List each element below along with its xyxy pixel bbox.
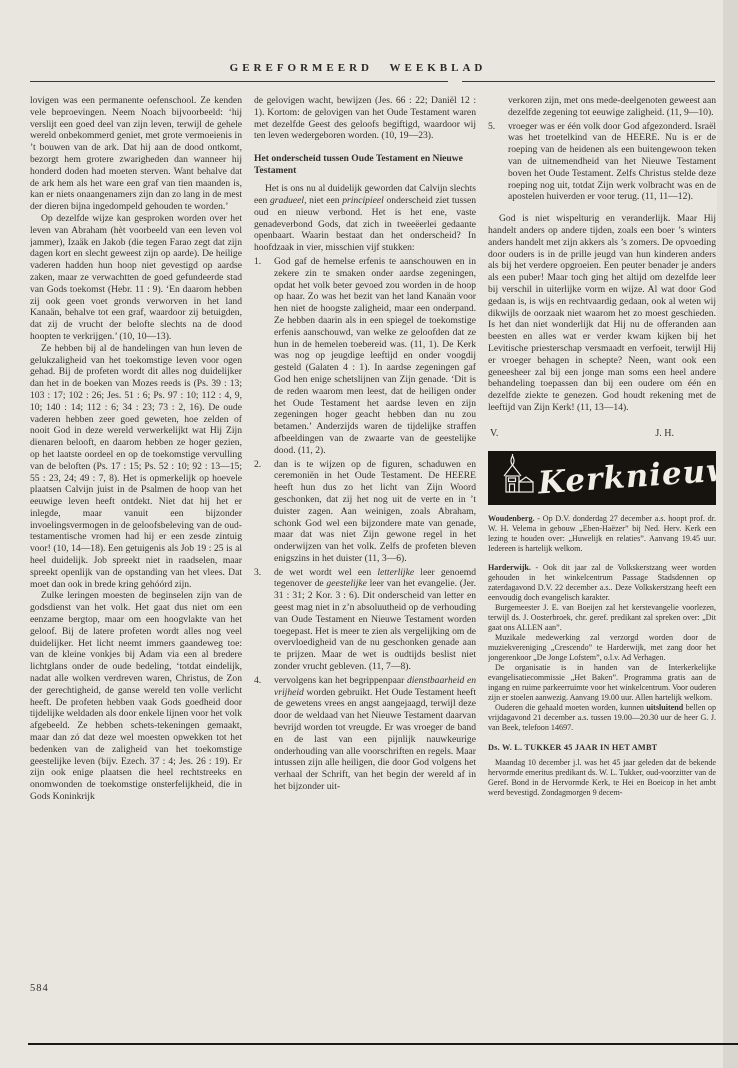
page-number: 584 [30,983,49,994]
item-text: vroeger was er één volk door God afgezon… [508,121,716,204]
numbered-item: 4. vervolgens kan het begrippenpaar dien… [254,675,476,793]
paragraph: lovigen was een permanente oefenschool. … [30,95,242,213]
kerknieuws-logo-text: Kerknieuws [537,450,716,501]
item-text-part: worden gebruikt. Het Oude Testament heef… [274,687,476,792]
church-news-section: Woudenberg. - Op D.V. donderdag 27 decem… [488,514,716,798]
item-text-part: vervolgens kan het begrippenpaar [274,675,407,686]
news-text: Ouderen die gehaald moeten worden, kunne… [495,703,646,712]
masthead-title: GEREFORMEERD WEEKBLAD [230,62,487,74]
bottom-rule [28,1043,738,1045]
news-paragraph: Burgemeester J. E. van Boeijen zal het k… [488,603,716,633]
emphasized-text: principieel [342,195,384,206]
item-text-part: leer van het evangelie. (Jer. 31 : 31; 2… [274,578,476,672]
item-number: 3. [254,567,274,673]
emphasized-text: letterlijke [377,567,414,578]
news-item-woudenberg: Woudenberg. - Op D.V. donderdag 27 decem… [488,514,716,554]
news-paragraph: Harderwijk. - Ook dit jaar zal de Volksk… [488,563,716,603]
section-heading: Het onderscheid tussen Oude Testament en… [254,153,476,177]
column-3: verkoren zijn, met ons mede-deelgenoten … [488,95,716,1015]
numbered-item: 2. dan is te wijzen op de figuren, schad… [254,459,476,565]
numbered-item: 1. God gaf de hemelse erfenis te aanscho… [254,256,476,457]
kerknieuws-banner: Kerknieuws [488,451,716,505]
item-text: dan is te wijzen op de figuren, schaduwe… [274,459,476,565]
item-text-part: de wet wordt wel een [274,567,377,578]
paragraph: de gelovigen wacht, bewijzen (Jes. 66 : … [254,95,476,142]
news-paragraph: De organisatie is in handen van de Inter… [488,663,716,703]
item-number: 5. [488,121,508,204]
item-text: de wet wordt wel een letterlijke leer ge… [274,567,476,673]
numbered-item: 5. vroeger was er één volk door God afge… [488,121,716,204]
item-continuation: verkoren zijn, met ons mede-deelgenoten … [508,95,716,119]
item-number: 1. [254,256,274,457]
emphasized-text: gradueel [270,195,304,206]
news-heading-tukker: Ds. W. L. TUKKER 45 JAAR IN HET AMBT [488,743,716,753]
masthead: GEREFORMEERD WEEKBLAD [0,58,716,76]
news-paragraph: Woudenberg. - Op D.V. donderdag 27 decem… [488,514,716,554]
text-columns: lovigen was een permanente oefenschool. … [30,95,716,1015]
news-paragraph: Muzikale medewerking zal verzorgd worden… [488,633,716,663]
news-item-harderwijk: Harderwijk. - Ook dit jaar zal de Volksk… [488,563,716,733]
item-text: God gaf de hemelse erfenis te aanschouwe… [274,256,476,457]
paragraph-text: , niet een [304,195,342,206]
column-1: lovigen was een permanente oefenschool. … [30,95,242,1015]
emphasized-text: geestelijke [326,578,366,589]
paragraph: Zulke leringen moesten de beginselen zij… [30,590,242,802]
paragraph: Het is ons nu al duidelijk geworden dat … [254,183,476,254]
signature-initial-left: V. [490,428,498,439]
item-text: vervolgens kan het begrippenpaar dienstb… [274,675,476,793]
item-number: 4. [254,675,274,793]
church-icon [494,454,538,502]
masthead-rule [30,81,715,82]
numbered-item: 3. de wet wordt wel een letterlijke leer… [254,567,476,673]
news-lead: Woudenberg. [488,514,535,523]
item-number: 2. [254,459,274,565]
scan-edge-shadow [723,0,738,1068]
news-paragraph: Ouderen die gehaald moeten worden, kunne… [488,703,716,733]
signature-initial-right: J. H. [655,428,674,439]
scanned-newspaper-page: GEREFORMEERD WEEKBLAD lovigen was een pe… [0,0,738,1068]
news-lead: Harderwijk. [488,563,531,572]
news-bold-text: uitsluitend [646,703,683,712]
paragraph: Op dezelfde wijze kan gesproken worden o… [30,213,242,343]
paragraph: Ze hebben bij al de handelingen van hun … [30,343,242,591]
scan-smudge [717,120,723,380]
column-2: de gelovigen wacht, bewijzen (Jes. 66 : … [254,95,476,1015]
signature-row: V. J. H. [488,414,716,439]
paragraph: God is niet wispelturig en veranderlijk.… [488,213,716,414]
news-paragraph: Maandag 10 december j.l. was het 45 jaar… [488,758,716,798]
